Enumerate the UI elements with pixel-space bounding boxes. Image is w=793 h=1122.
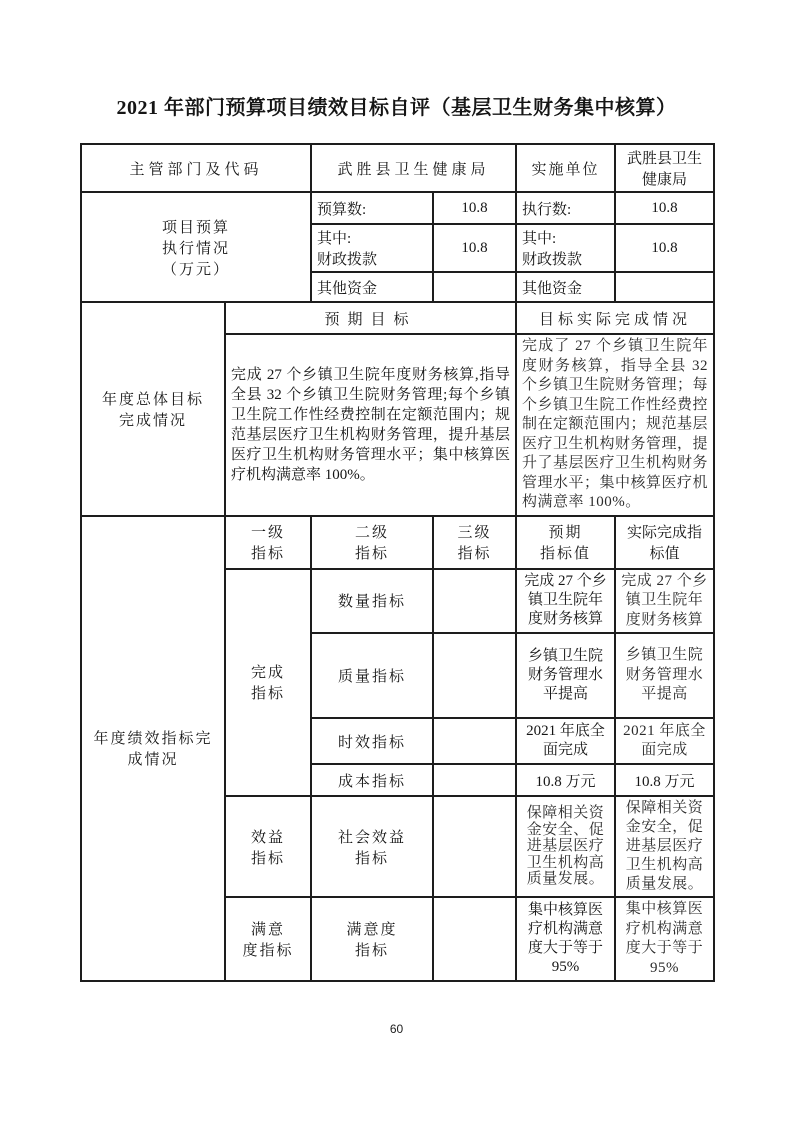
satisfaction-indicator-label-cell: 满意度 指标 xyxy=(311,897,433,981)
table-row: 项目预算 执行情况 （万元） 预算数: 10.8 执行数: 10.8 xyxy=(81,192,714,224)
dept-value-cell: 武胜县卫生健康局 xyxy=(311,144,516,192)
level2-header-cell: 二级 指标 xyxy=(311,516,433,569)
quantity-indicator-label-cell: 数量指标 xyxy=(311,569,433,634)
level3-empty-cell xyxy=(433,633,516,718)
timeliness-actual-cell: 2021 年底全面完成 xyxy=(615,718,714,764)
table-row: 年度绩效指标完 成情况 一级 指标 二级 指标 三级 指标 预期 指标值 实际完… xyxy=(81,516,714,569)
quality-indicator-label-cell: 质量指标 xyxy=(311,633,433,718)
budget-number-value-cell: 10.8 xyxy=(433,192,516,224)
execution-number-label-cell: 执行数: xyxy=(516,192,615,224)
table-row: 年度总体目标 完成情况 预期目标 目标实际完成情况 xyxy=(81,302,714,334)
dept-label-cell: 主管部门及代码 xyxy=(81,144,311,192)
benefit-actual-cell: 保障相关资金安全，促进基层医疗卫生机构高质量发展。 xyxy=(615,796,714,897)
expected-value-header-cell: 预期 指标值 xyxy=(516,516,615,569)
other-funds-value-cell xyxy=(615,272,714,302)
annual-goal-section-label-cell: 年度总体目标 完成情况 xyxy=(81,302,225,516)
other-funds-label-cell: 其他资金 xyxy=(516,272,615,302)
unit-label-cell: 实施单位 xyxy=(516,144,615,192)
fiscal-grant-label-cell: 其中: 财政拨款 xyxy=(311,224,433,272)
actual-goal-text-cell: 完成了 27 个乡镇卫生院年度财务核算，指导全县 32 个乡镇卫生院财务管理；每… xyxy=(516,334,714,516)
other-funds-value-cell xyxy=(433,272,516,302)
level3-empty-cell xyxy=(433,718,516,764)
table-row: 主管部门及代码 武胜县卫生健康局 实施单位 武胜县卫生 健康局 xyxy=(81,144,714,192)
actual-value-header-cell: 实际完成指 标值 xyxy=(615,516,714,569)
page-title: 2021 年部门预算项目绩效目标自评（基层卫生财务集中核算） xyxy=(0,91,793,120)
cost-indicator-label-cell: 成本指标 xyxy=(311,764,433,796)
self-evaluation-table: 主管部门及代码 武胜县卫生健康局 实施单位 武胜县卫生 健康局 项目预算 执行情… xyxy=(80,143,715,982)
cost-actual-cell: 10.8 万元 xyxy=(615,764,714,796)
fiscal-grant-value-cell: 10.8 xyxy=(615,224,714,272)
satisfaction-group-label-cell: 满意 度指标 xyxy=(225,897,311,981)
budget-section-label-cell: 项目预算 执行情况 （万元） xyxy=(81,192,311,302)
level3-empty-cell xyxy=(433,796,516,897)
document-page: 2021 年部门预算项目绩效目标自评（基层卫生财务集中核算） 主管部门及代码 武… xyxy=(0,0,793,1122)
fiscal-grant-label-cell: 其中: 财政拨款 xyxy=(516,224,615,272)
benefit-expected-cell: 保障相关资金安全、促进基层医疗卫生机构高质量发展。 xyxy=(516,796,615,897)
actual-goal-header-cell: 目标实际完成情况 xyxy=(516,302,714,334)
benefit-group-label-cell: 效益 指标 xyxy=(225,796,311,897)
quantity-actual-cell: 完成 27 个乡镇卫生院年度财务核算 xyxy=(615,569,714,634)
social-benefit-indicator-label-cell: 社会效益 指标 xyxy=(311,796,433,897)
cost-expected-cell: 10.8 万元 xyxy=(516,764,615,796)
other-funds-label-cell: 其他资金 xyxy=(311,272,433,302)
expected-goal-text-cell: 完成 27 个乡镇卫生院年度财务核算,指导全县 32 个乡镇卫生院财务管理;每个… xyxy=(225,334,516,516)
timeliness-indicator-label-cell: 时效指标 xyxy=(311,718,433,764)
page-number: 60 xyxy=(0,1022,793,1036)
execution-number-value-cell: 10.8 xyxy=(615,192,714,224)
level3-empty-cell xyxy=(433,764,516,796)
level1-header-cell: 一级 指标 xyxy=(225,516,311,569)
indicators-section-label-cell: 年度绩效指标完 成情况 xyxy=(81,516,225,982)
level3-empty-cell xyxy=(433,897,516,981)
quality-expected-cell: 乡镇卫生院财务管理水平提高 xyxy=(516,633,615,718)
timeliness-expected-cell: 2021 年底全面完成 xyxy=(516,718,615,764)
unit-value-cell: 武胜县卫生 健康局 xyxy=(615,144,714,192)
quantity-expected-cell: 完成 27 个乡镇卫生院年度财务核算 xyxy=(516,569,615,634)
budget-number-label-cell: 预算数: xyxy=(311,192,433,224)
completion-group-label-cell: 完成 指标 xyxy=(225,569,311,797)
level3-header-cell: 三级 指标 xyxy=(433,516,516,569)
satisfaction-actual-cell: 集中核算医疗机构满意度大于等于 95% xyxy=(615,897,714,981)
quality-actual-cell: 乡镇卫生院财务管理水平提高 xyxy=(615,633,714,718)
expected-goal-header-cell: 预期目标 xyxy=(225,302,516,334)
fiscal-grant-value-cell: 10.8 xyxy=(433,224,516,272)
satisfaction-expected-cell: 集中核算医疗机构满意度大于等于 95% xyxy=(516,897,615,981)
level3-empty-cell xyxy=(433,569,516,634)
